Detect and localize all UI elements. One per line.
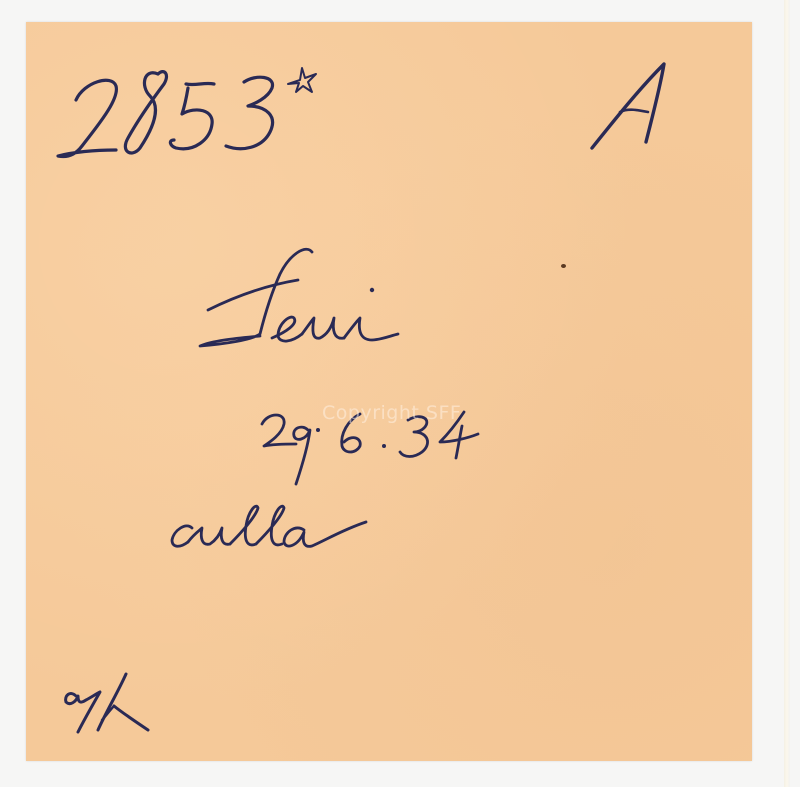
- note-handwriting: [166, 492, 366, 562]
- category-letter: A: [26, 22, 27, 23]
- catalog-number-handwriting: [54, 60, 294, 170]
- catalog-number: 2853: [26, 22, 27, 23]
- category-letter-handwriting: [586, 58, 676, 158]
- archive-card: 2853 ★ A Seui: [26, 22, 752, 761]
- paper-speck: [561, 264, 566, 268]
- copyright-watermark: Copyright SFF: [322, 402, 461, 424]
- name-text: Seui: [26, 22, 27, 23]
- initials-text: ajk: [26, 22, 27, 23]
- name-handwriting: [194, 244, 414, 364]
- star-mark-icon: [282, 62, 322, 98]
- catalog-mark: ★: [26, 22, 27, 23]
- date-text: 29.6.34: [26, 22, 27, 23]
- initials-handwriting: [62, 670, 162, 750]
- note-text: culla: [26, 22, 27, 23]
- underlying-sheet-edge: [784, 0, 790, 787]
